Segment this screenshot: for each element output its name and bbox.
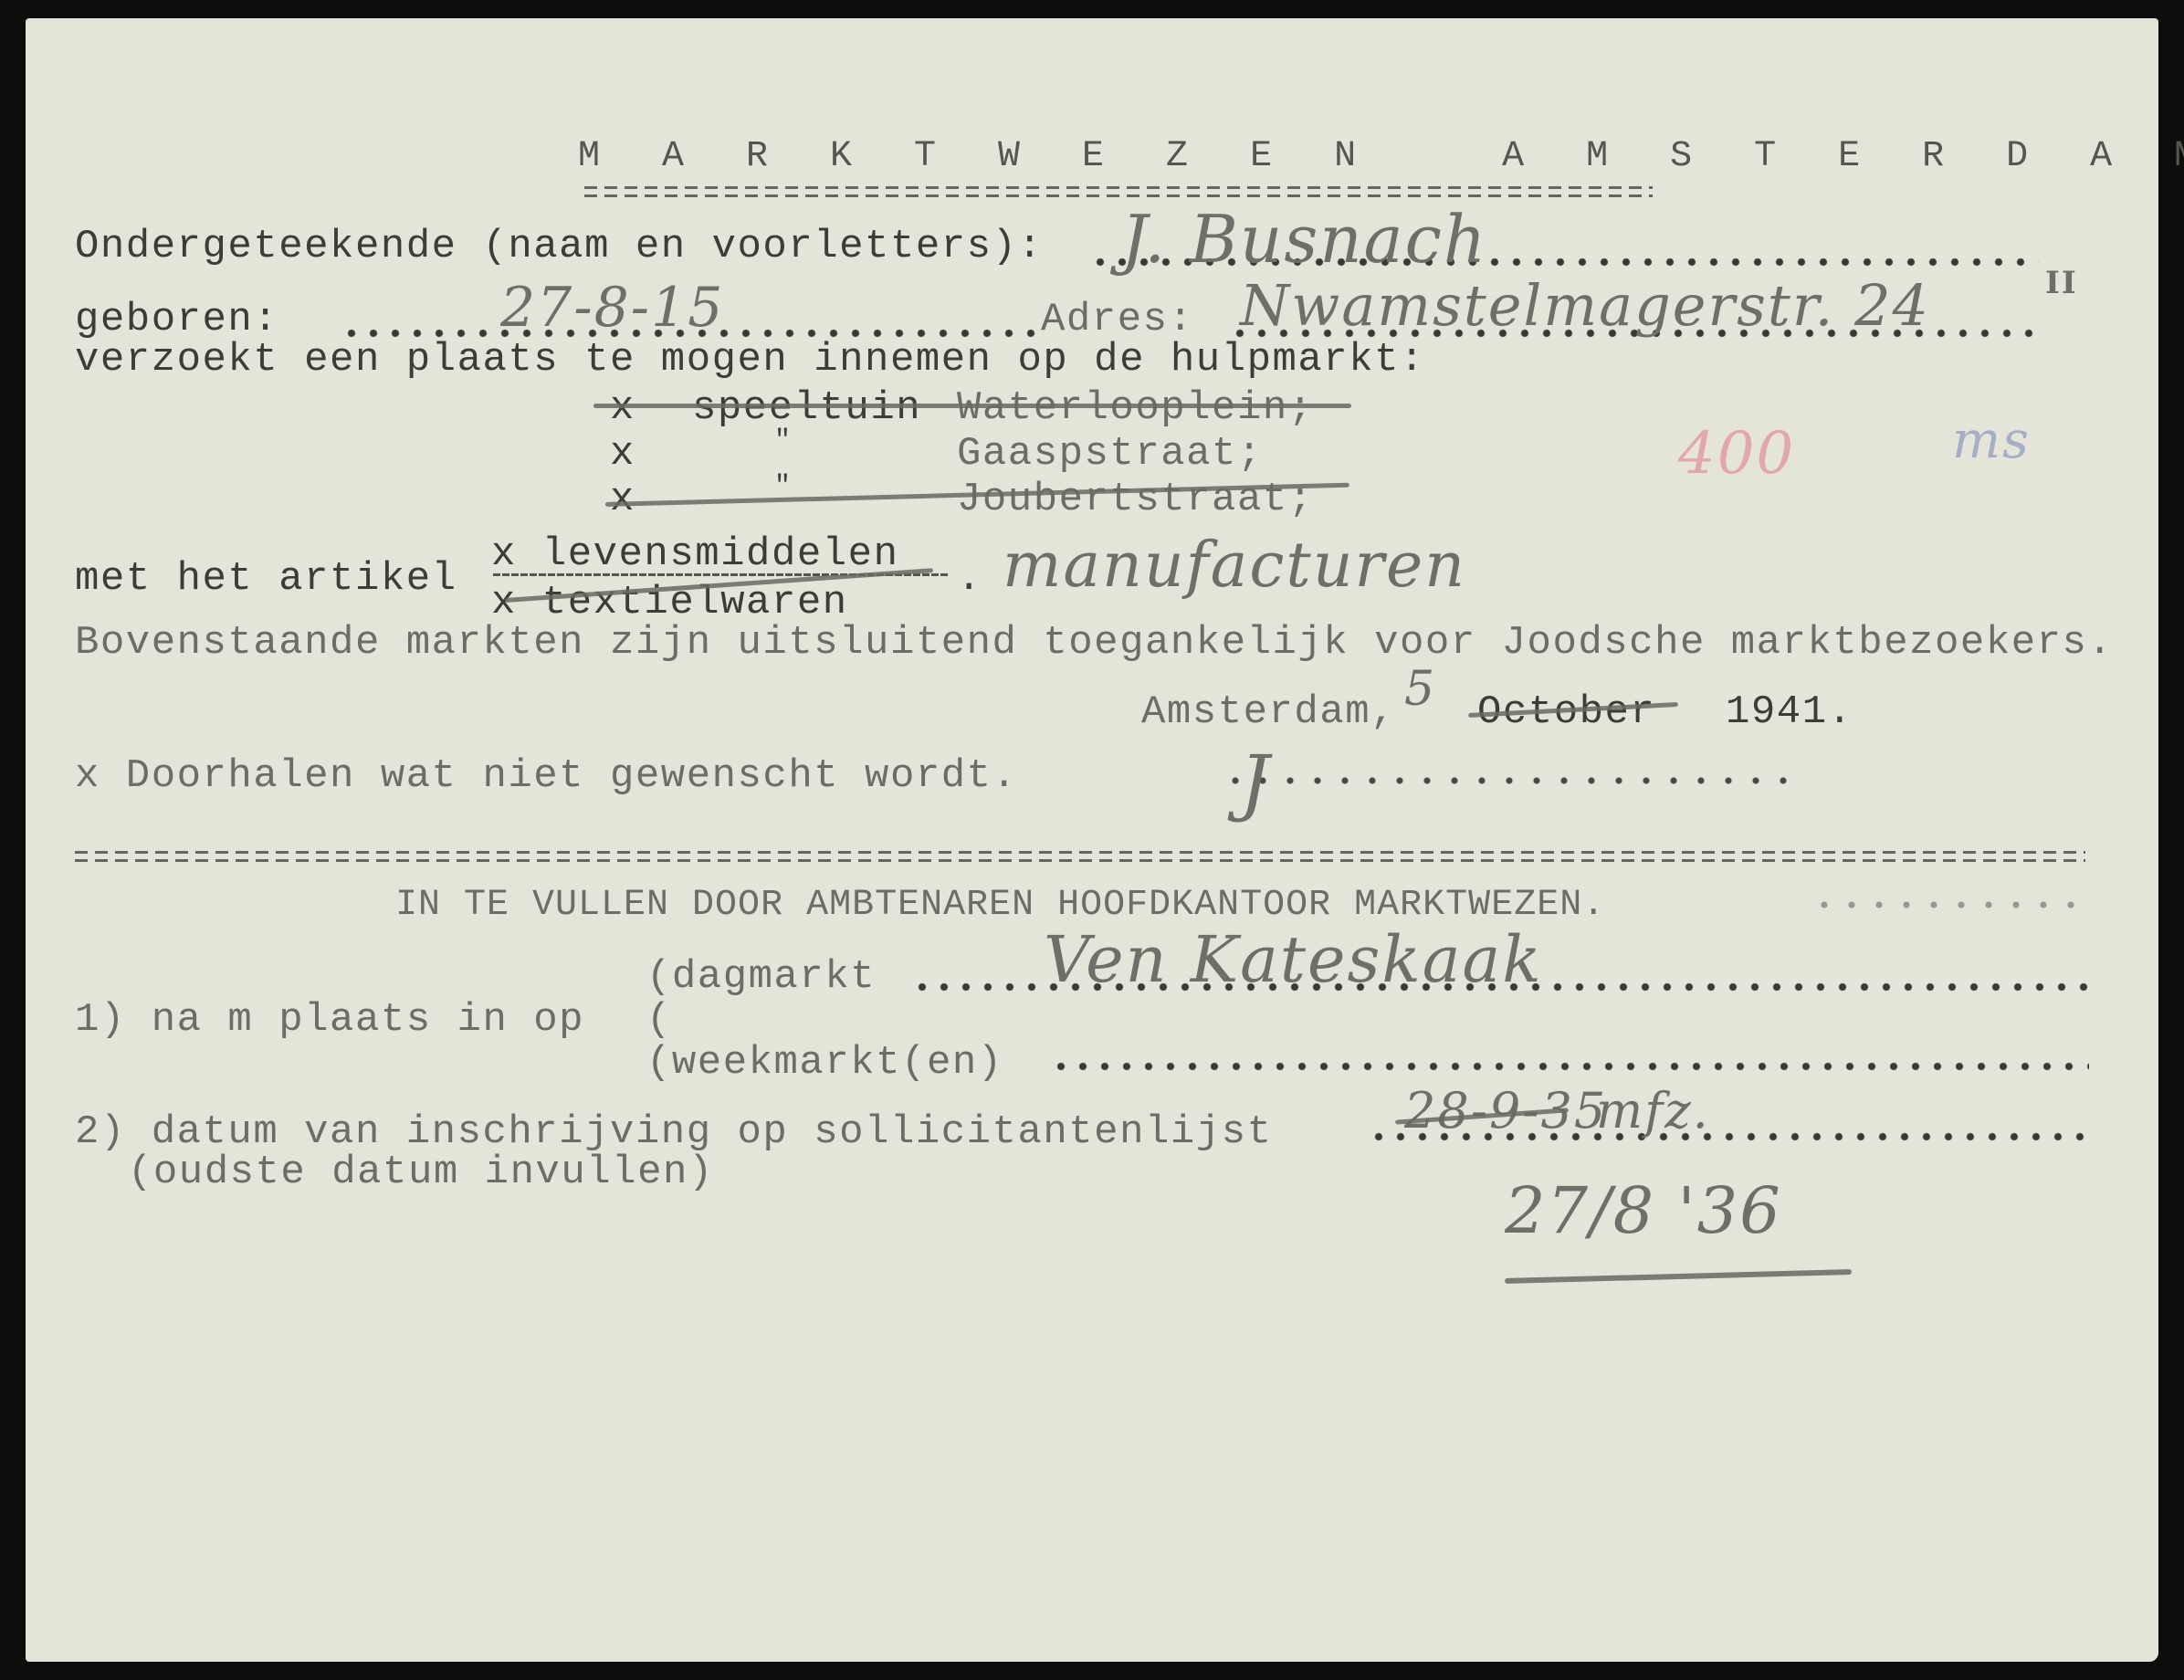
market-ditto: " — [774, 473, 793, 500]
footnote-text: x Doorhalen wat niet gewenscht wordt. — [75, 756, 1017, 796]
item-2-sublabel: (oudste datum invullen) — [128, 1152, 714, 1192]
dagmarkt-value[interactable]: Ven Kateskaak — [1044, 922, 1543, 997]
form-title: M A R K T W E Z E N A M S T E R D A M . — [578, 139, 2184, 175]
title-double-rule — [584, 186, 1653, 199]
form-paper: M A R K T W E Z E N A M S T E R D A M . … — [26, 18, 2158, 1662]
address-floor: II — [2045, 265, 2078, 301]
market-ditto: " — [774, 427, 793, 455]
article-handwritten[interactable]: manufacturen — [1003, 530, 1466, 602]
section-separator — [75, 851, 2085, 864]
item-2-corrected-date[interactable]: 27/8 '36 — [1505, 1173, 1782, 1248]
item-2-struck-value: 28-9-35 — [1404, 1082, 1607, 1139]
address-value[interactable]: Nwamstelmagerstr. 24 — [1240, 272, 1930, 339]
official-heading-dots — [1811, 900, 2084, 909]
date-day[interactable]: 5 — [1404, 662, 1436, 717]
item-1-paren: ( — [646, 1000, 672, 1040]
item-1-label: 1) na m plaats in op — [75, 1000, 584, 1040]
market-strikethrough — [593, 404, 1351, 408]
notice-text: Bovenstaande markten zijn uitsluitend to… — [75, 623, 2113, 663]
weekmarkt-label: (weekmarkt(en) — [646, 1043, 1003, 1083]
article-label: met het artikel — [75, 559, 457, 599]
name-value[interactable]: J. Busnach — [1121, 201, 1487, 278]
request-text: verzoekt een plaats te mogen innemen op … — [75, 340, 1425, 380]
market-name: Waterlooplein; — [957, 388, 1314, 428]
date-year: 1941. — [1726, 692, 1853, 732]
corrected-date-underline — [1505, 1269, 1852, 1284]
article-option-food[interactable]: x levensmiddelen — [491, 534, 898, 574]
margin-note-red: 400 — [1678, 420, 1795, 488]
item-2-value-suffix: mfz. — [1596, 1082, 1710, 1139]
address-label: Adres: — [1041, 299, 1193, 340]
market-name: Gaaspstraat; — [957, 434, 1263, 474]
market-mark: x — [610, 479, 635, 520]
signature-field-dots — [1222, 776, 1806, 785]
weekmarkt-field-dots[interactable] — [1050, 1062, 2089, 1071]
margin-note-blue: ms — [1952, 411, 2031, 470]
item-2-label: 2) datum van inschrijving op sollicitant… — [75, 1112, 1273, 1152]
market-mark: x — [610, 434, 635, 474]
signature[interactable]: J — [1240, 740, 1271, 824]
name-label: Ondergeteekende (naam en voorletters): — [75, 226, 1043, 267]
official-heading: IN TE VULLEN DOOR AMBTENAREN HOOFDKANTOO… — [395, 887, 1605, 924]
article-period: . — [957, 559, 982, 599]
born-value[interactable]: 27-8-15 — [500, 276, 724, 340]
market-mark: x — [610, 388, 635, 428]
place-city: Amsterdam, — [1141, 692, 1396, 732]
born-label: geboren: — [75, 299, 278, 340]
dagmarkt-label: (dagmarkt — [646, 957, 876, 997]
market-prefix: speeltuin — [692, 388, 921, 428]
